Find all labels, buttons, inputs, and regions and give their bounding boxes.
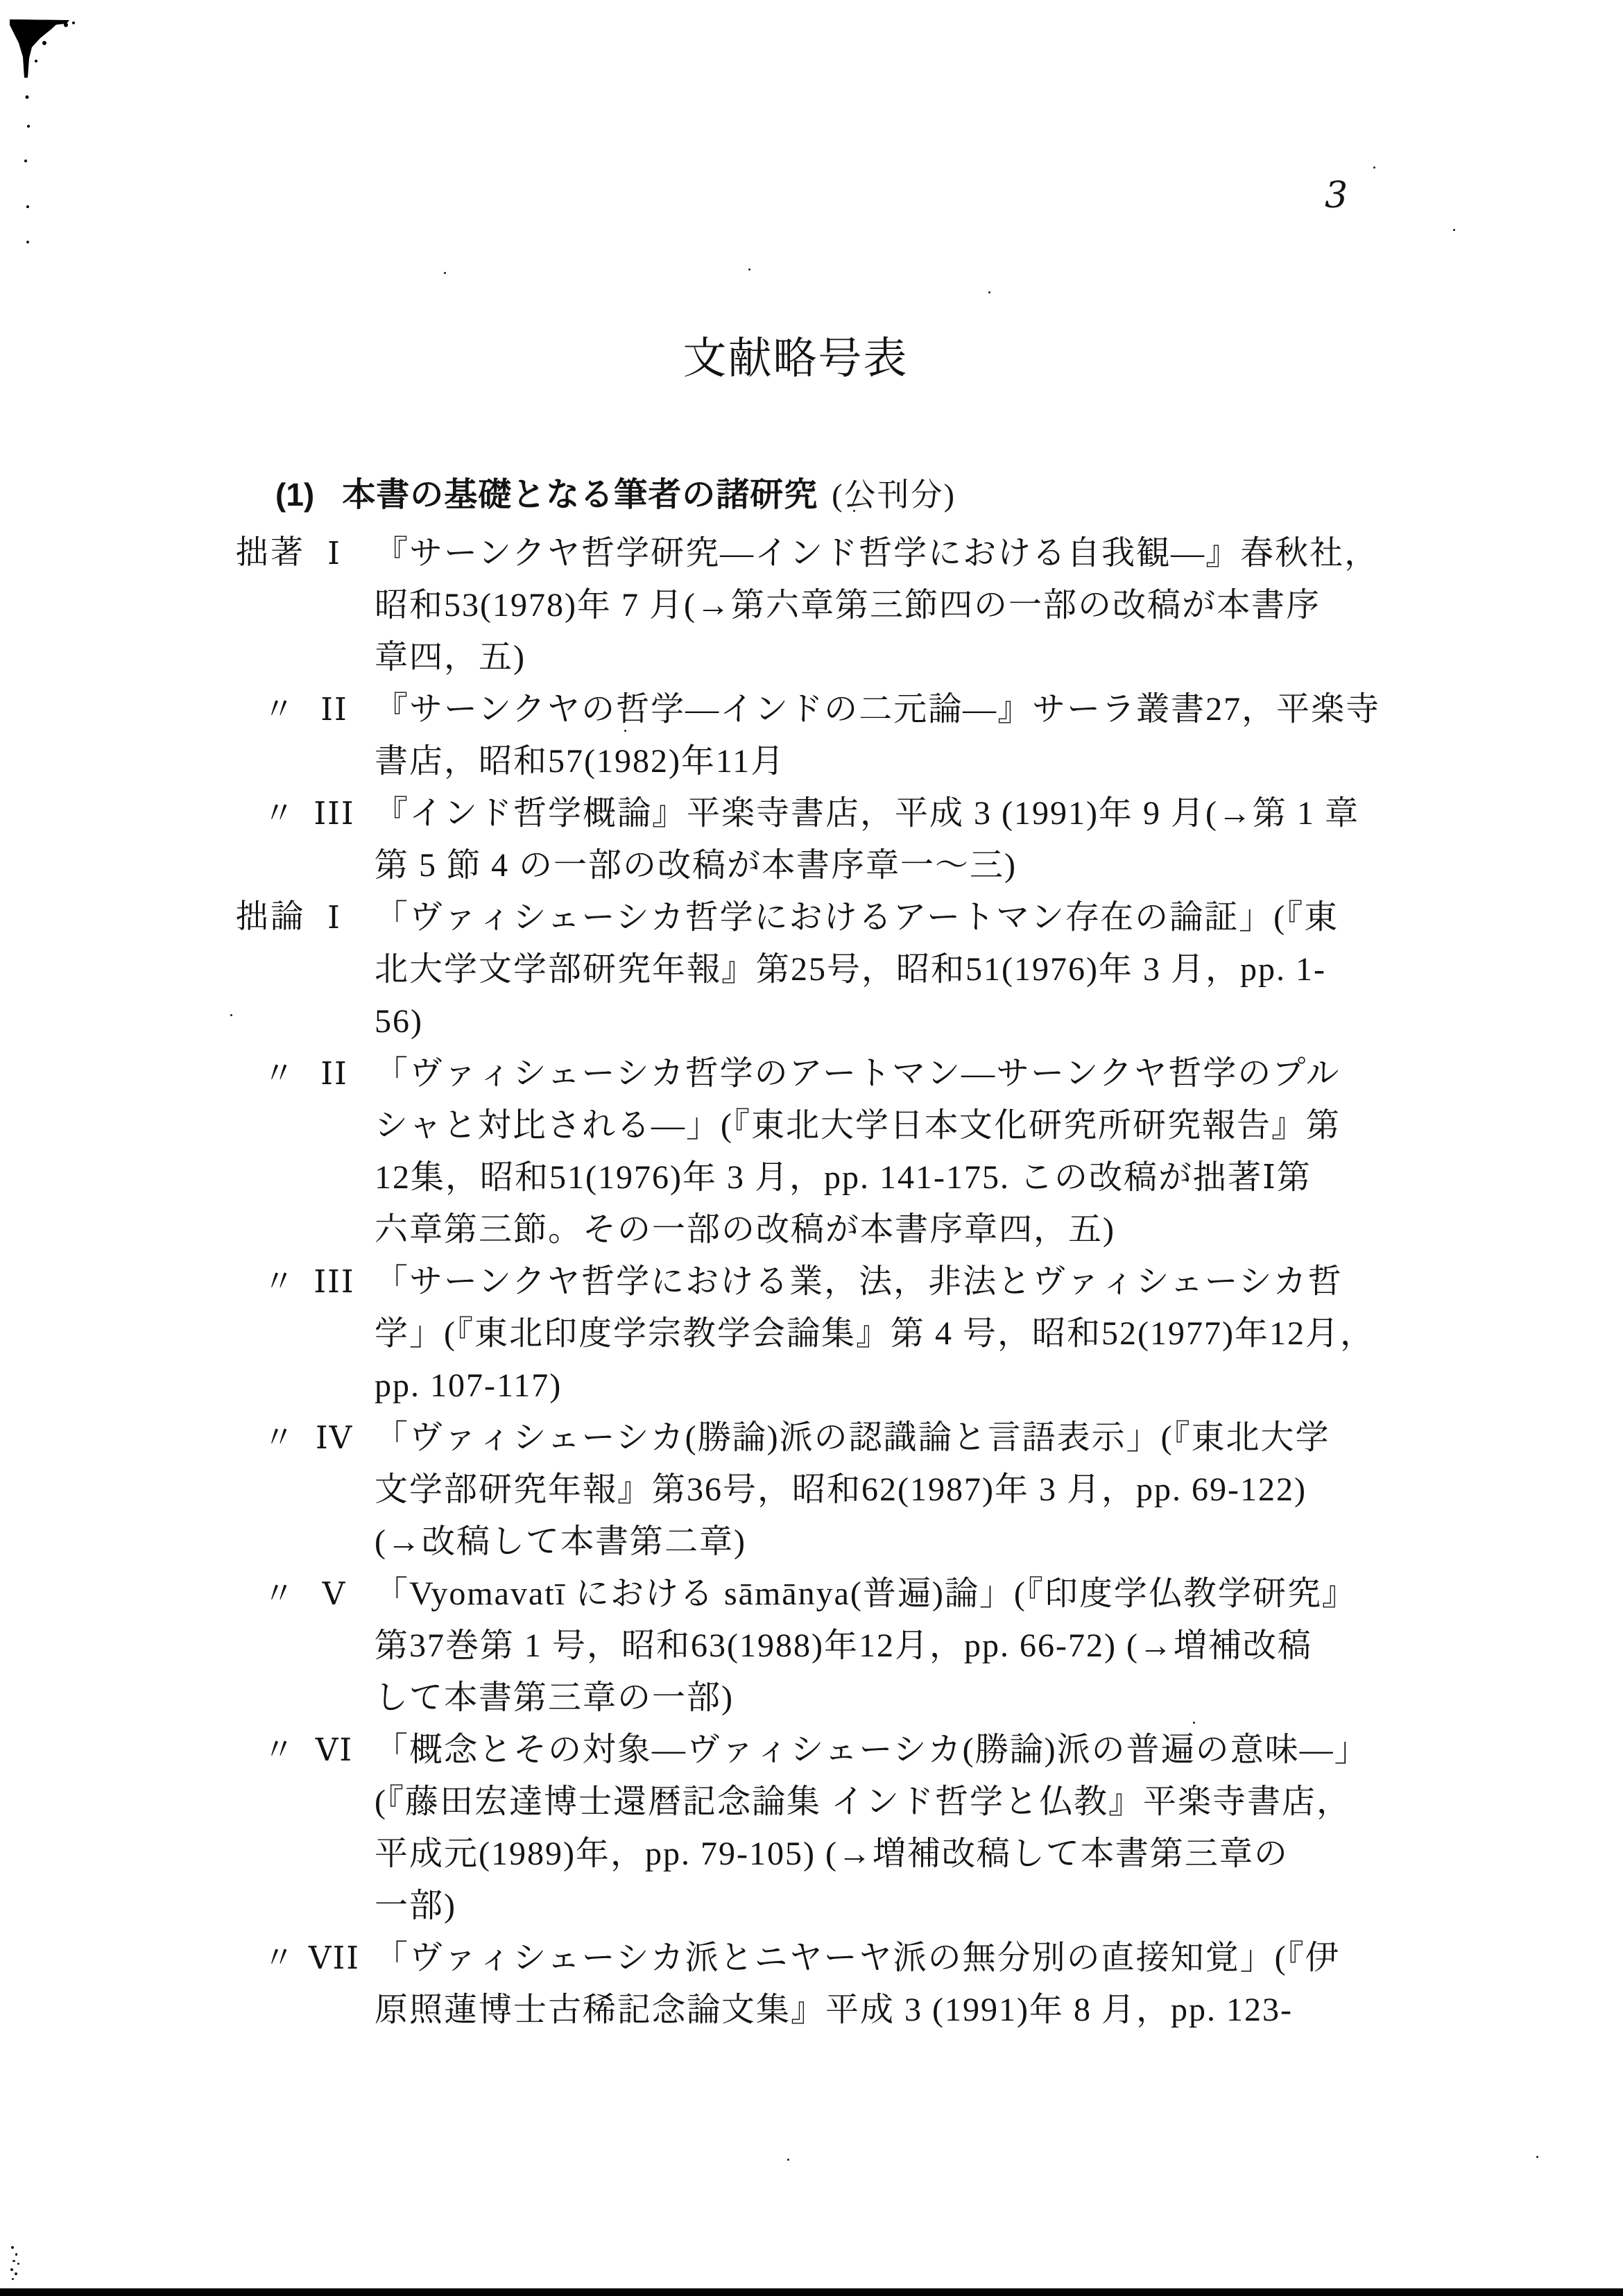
entry-line: 「概念とその対象―ヴァィシェーシカ(勝論)派の普遍の意味―」 <box>375 1724 1369 1776</box>
entry-label-numeral: IV <box>305 1412 363 1464</box>
entry-line: 第 5 節 4 の一部の改稿が本書序章一～三) <box>375 839 1017 891</box>
entry-line: 「ヴァィシェーシカ哲学のアートマン―サーンクヤ哲学のプル <box>375 1047 1340 1099</box>
entry-line: 平成元(1989)年，pp. 79-105) (→増補改稿して本書第三章の <box>375 1828 1289 1880</box>
ditto-mark: 〃 <box>264 1412 296 1464</box>
scan-speckle <box>10 2268 13 2271</box>
entry-line: 昭和53(1978)年 7 月(→第六章第三節四の一部の改稿が本書序 <box>375 579 1321 631</box>
scan-speckle <box>1536 2156 1538 2158</box>
scan-speckle <box>748 268 750 271</box>
ditto-mark: 〃 <box>264 1724 296 1776</box>
entry-label: 〃 V <box>0 1568 180 1620</box>
entry-line: 書店，昭和57(1982)年11月 <box>375 735 785 787</box>
entry-label: 〃 II <box>0 683 180 735</box>
scan-speckle <box>787 2159 789 2161</box>
entry-label-name: 拙論 <box>236 891 305 943</box>
scan-speckle <box>230 1014 232 1016</box>
scan-speckle <box>624 730 626 732</box>
scan-speckle <box>15 2253 17 2256</box>
entry-line: シャと対比される―」(『東北大学日本文化研究所研究報告』第 <box>375 1099 1341 1151</box>
entry-label: 〃 VII <box>0 1932 180 1984</box>
entry-label: 〃 IV <box>0 1412 180 1464</box>
entry-line: 「ヴァィシェーシカ哲学におけるアートマン存在の論証」(『東 <box>375 891 1339 943</box>
section-index: (1) <box>275 477 314 513</box>
entry-line: 56) <box>375 995 423 1047</box>
entry-label-numeral: VII <box>305 1932 363 1984</box>
scan-speckle <box>15 2272 17 2275</box>
ditto-mark: 〃 <box>264 1568 296 1620</box>
scan-speckle <box>988 291 990 293</box>
entry-label: 拙著 I <box>0 527 180 579</box>
entry-line: 学」(『東北印度学宗教学会論集』第 4 号，昭和52(1977)年12月， <box>375 1308 1375 1360</box>
entry-line: して本書第三章の一部) <box>375 1672 734 1724</box>
entry-line: 文学部研究年報』第36号，昭和62(1987)年 3 月，pp. 69-122) <box>375 1464 1307 1516</box>
entry-line: 六章第三節。その一部の改稿が本書序章四，五) <box>375 1203 1115 1256</box>
entry-label-numeral: I <box>305 891 363 943</box>
section-title: 本書の基礎となる筆者の諸研究 <box>342 477 818 513</box>
entry-label-numeral: VI <box>305 1724 363 1776</box>
scanned-document-page: 3 文献略号表 (1)本書の基礎となる筆者の諸研究(公刊分) 拙著 I 『サーン… <box>0 0 1623 2296</box>
entry-line: 『サーンクヤの哲学―インドの二元論―』サーラ叢書27，平楽寺 <box>375 683 1380 735</box>
entry-line: 『サーンクヤ哲学研究―インド哲学における自我観―』春秋社， <box>375 527 1379 579</box>
page-number: 3 <box>1325 175 1348 216</box>
entry-line: (『藤田宏達博士還暦記念論集 インド哲学と仏教』平楽寺書店， <box>375 1776 1351 1828</box>
ditto-mark: 〃 <box>264 1932 296 1984</box>
scan-speckle <box>17 2263 19 2265</box>
entry-line: 12集，昭和51(1976)年 3 月，pp. 141-175. この改稿が拙著… <box>375 1151 1312 1203</box>
entry-line: 章四，五) <box>375 631 526 683</box>
scan-speckle <box>1453 229 1455 231</box>
entry-line: 「ヴァィシェーシカ(勝論)派の認識論と言語表示」(『東北大学 <box>375 1412 1330 1464</box>
ditto-mark: 〃 <box>264 1047 296 1099</box>
entry-label-numeral: V <box>305 1568 363 1620</box>
entry-line: 第37巻第 1 号，昭和63(1988)年12月，pp. 66-72) (→増補… <box>375 1620 1312 1672</box>
scan-speckle <box>1373 166 1375 169</box>
scan-speckle <box>26 241 29 243</box>
ditto-mark: 〃 <box>264 787 296 839</box>
scan-speckle <box>12 2278 14 2280</box>
scan-speckle <box>12 2260 15 2262</box>
entry-label-numeral: III <box>305 1256 363 1308</box>
ditto-mark: 〃 <box>264 683 296 735</box>
entry-line: 一部) <box>375 1880 456 1932</box>
entry-label: 〃 VI <box>0 1724 180 1776</box>
scan-corner-artifact <box>0 0 222 236</box>
entry-line: 『インド哲学概論』平楽寺書店，平成 3 (1991)年 9 月(→第 1 章 <box>375 787 1359 839</box>
scan-bottom-band <box>0 2288 1623 2296</box>
entry-line: pp. 107-117) <box>375 1360 562 1412</box>
entry-label: 〃 III <box>0 787 180 839</box>
scan-speckle <box>853 510 855 512</box>
entry-line: 「Vyomavatī における sāmānya(普遍)論」(『印度学仏教学研究』 <box>375 1568 1357 1620</box>
ditto-mark: 〃 <box>264 1256 296 1308</box>
section-note: (公刊分) <box>832 477 956 513</box>
entry-label-name: 拙著 <box>236 527 305 579</box>
scan-speckle <box>11 2246 14 2249</box>
doc-title: 文献略号表 <box>683 329 909 388</box>
entry-label-numeral: II <box>305 1047 363 1099</box>
entry-label-numeral: I <box>305 527 363 579</box>
entry-line: (→改稿して本書第二章) <box>375 1516 746 1568</box>
scan-speckle <box>444 272 446 274</box>
entry-label-numeral: III <box>305 787 363 839</box>
entry-label: 〃 II <box>0 1047 180 1099</box>
entry-label-numeral: II <box>305 683 363 735</box>
entry-line: 北大学文学部研究年報』第25号，昭和51(1976)年 3 月，pp. 1- <box>375 943 1326 995</box>
entry-line: 「サーンクヤ哲学における業，法，非法とヴァィシェーシカ哲 <box>375 1256 1343 1308</box>
entry-line: 「ヴァィシェーシカ派とニヤーヤ派の無分別の直接知覚」(『伊 <box>375 1932 1340 1984</box>
scan-speckle <box>1193 1722 1195 1724</box>
entry-label: 拙論 I <box>0 891 180 943</box>
entry-label: 〃 III <box>0 1256 180 1308</box>
entry-line: 原照蓮博士古稀記念論文集』平成 3 (1991)年 8 月，pp. 123- <box>375 1984 1293 2036</box>
